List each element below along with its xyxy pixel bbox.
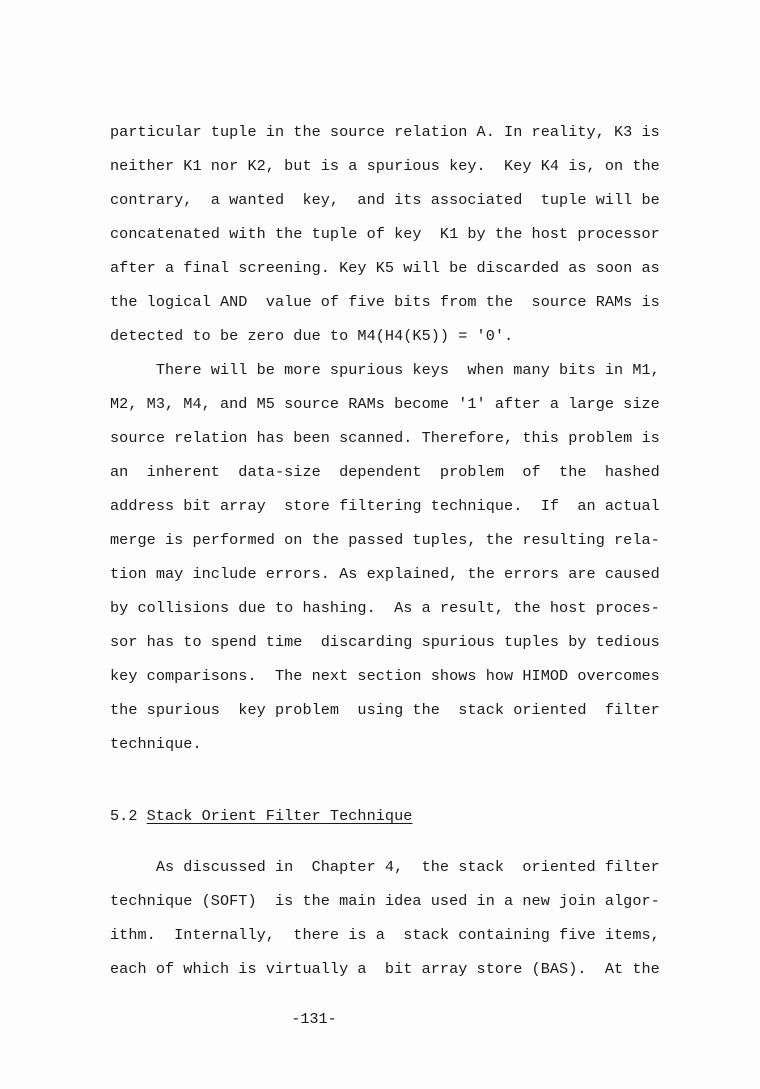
text-line: particular tuple in the source relation … xyxy=(110,122,670,142)
section-number: 5.2 xyxy=(110,807,147,825)
text-line: M2, M3, M4, and M5 source RAMs become '1… xyxy=(110,394,670,414)
text-line: technique (SOFT) is the main idea used i… xyxy=(110,891,670,911)
text-line: address bit array store filtering techni… xyxy=(110,496,670,516)
text-line: each of which is virtually a bit array s… xyxy=(110,959,670,979)
text-line: the logical AND value of five bits from … xyxy=(110,292,670,312)
text-line: source relation has been scanned. Theref… xyxy=(110,428,670,448)
text-line: detected to be zero due to M4(H4(K5)) = … xyxy=(110,326,670,346)
document-page: particular tuple in the source relation … xyxy=(0,0,760,1089)
section-heading: 5.2 Stack Orient Filter Technique xyxy=(110,806,670,826)
text-line: neither K1 nor K2, but is a spurious key… xyxy=(110,156,670,176)
text-line: after a final screening. Key K5 will be … xyxy=(110,258,670,278)
text-line: sor has to spend time discarding spuriou… xyxy=(110,632,670,652)
text-line: ithm. Internally, there is a stack conta… xyxy=(110,925,670,945)
text-line: the spurious key problem using the stack… xyxy=(110,700,670,720)
text-line: key comparisons. The next section shows … xyxy=(110,666,670,686)
text-line: As discussed in Chapter 4, the stack ori… xyxy=(110,857,670,877)
text-line: concatenated with the tuple of key K1 by… xyxy=(110,224,670,244)
text-line: an inherent data-size dependent problem … xyxy=(110,462,670,482)
text-line: technique. xyxy=(110,734,670,754)
text-line: There will be more spurious keys when ma… xyxy=(110,360,670,380)
section-title: Stack Orient Filter Technique xyxy=(147,807,413,825)
page-number: -131- xyxy=(0,1009,628,1029)
text-line: by collisions due to hashing. As a resul… xyxy=(110,598,670,618)
text-line: merge is performed on the passed tuples,… xyxy=(110,530,670,550)
text-line: contrary, a wanted key, and its associat… xyxy=(110,190,670,210)
text-line: tion may include errors. As explained, t… xyxy=(110,564,670,584)
